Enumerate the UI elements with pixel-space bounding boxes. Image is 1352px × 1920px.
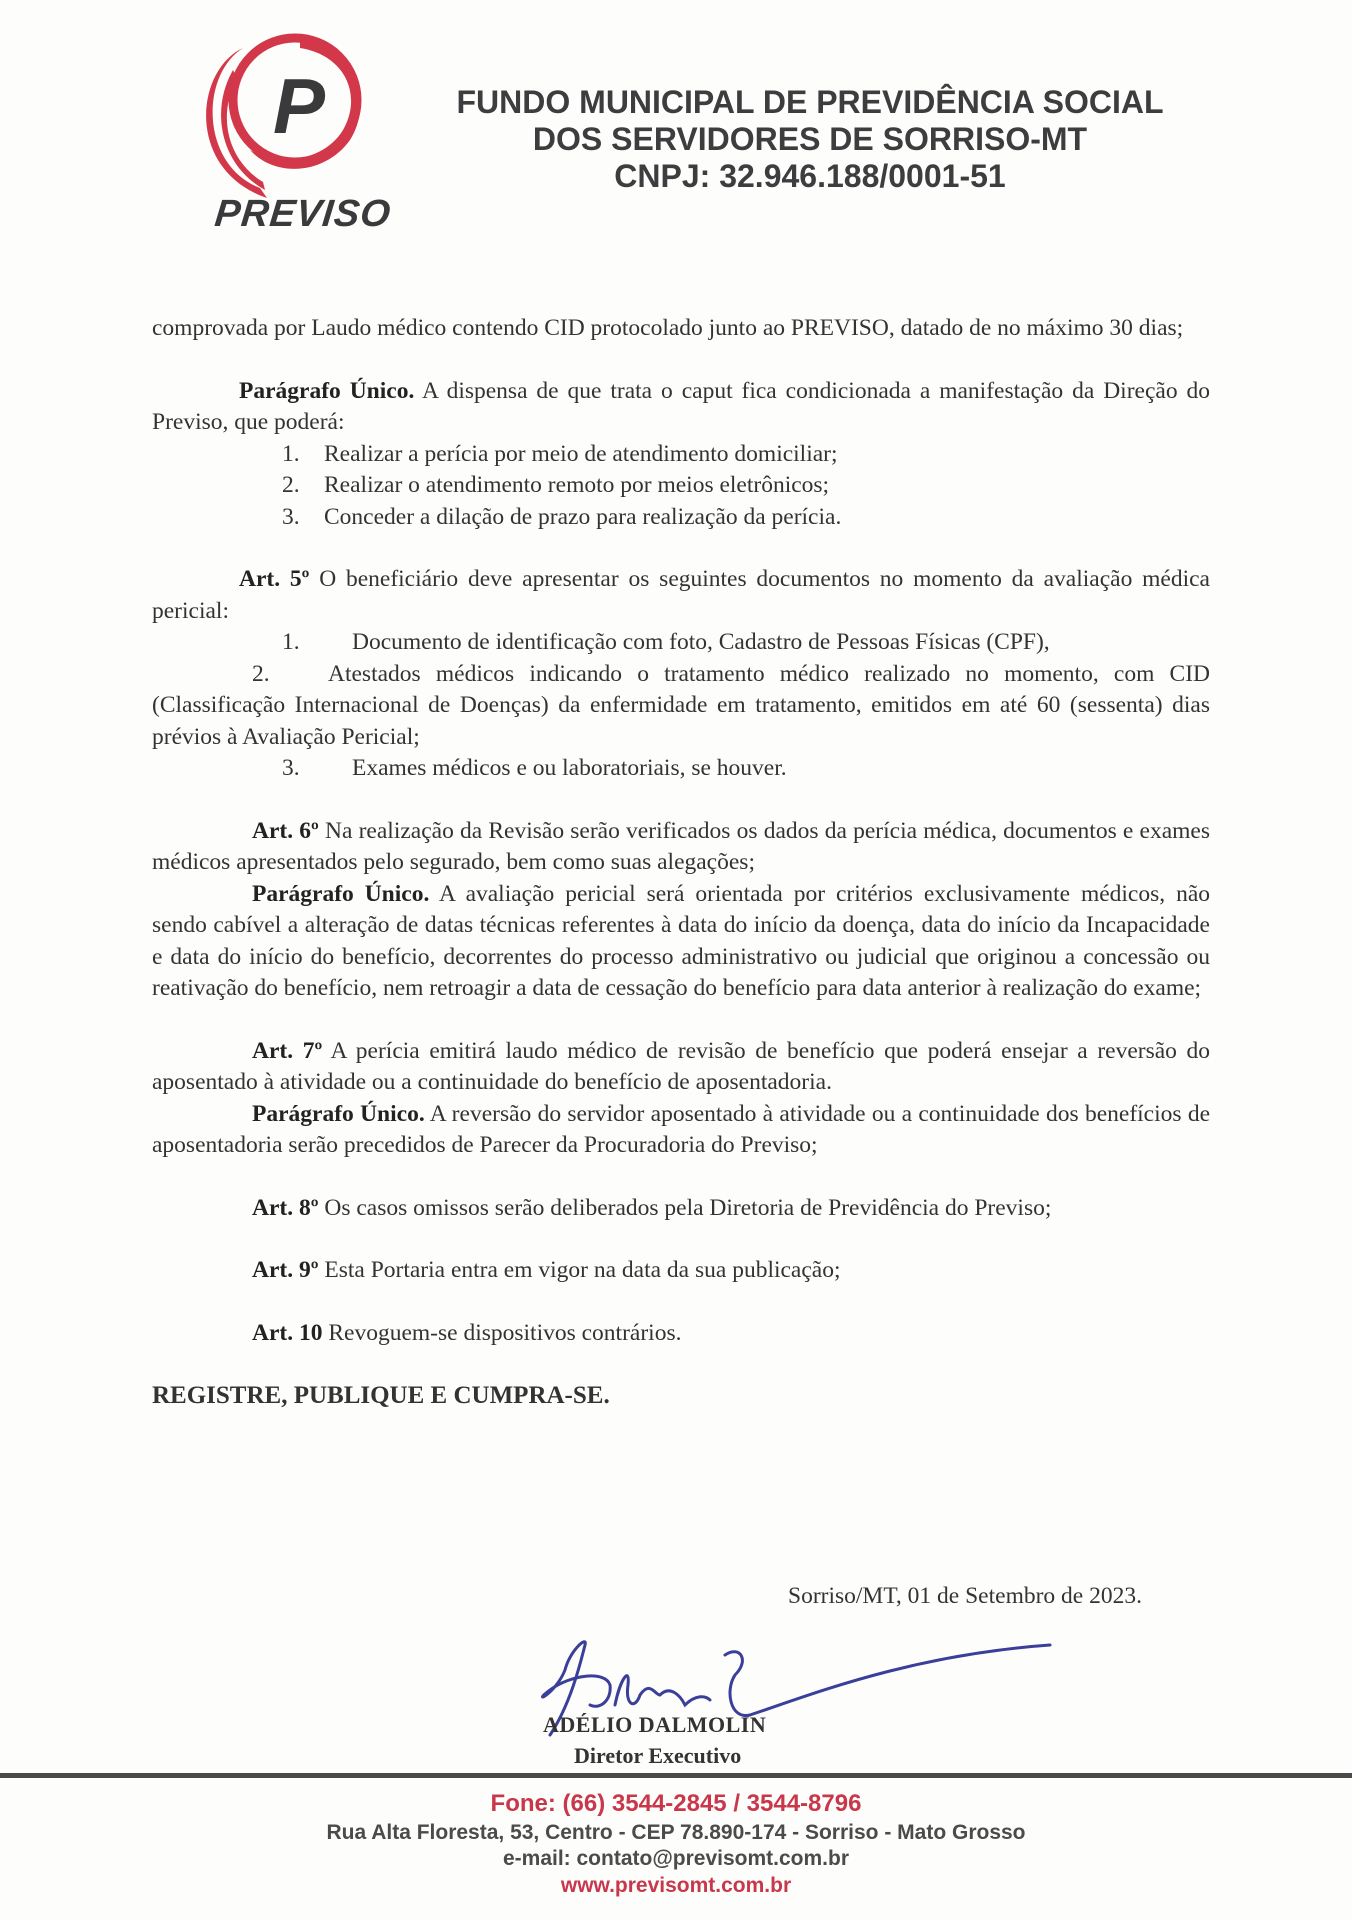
footer: Fone: (66) 3544-2845 / 3544-8796 Rua Alt… — [0, 1788, 1352, 1900]
list-item: 2.Atestados médicos indicando o tratamen… — [152, 659, 1210, 754]
article-9: Art. 9º Esta Portaria entra em vigor na … — [152, 1255, 1210, 1287]
cnpj: CNPJ: 32.946.188/0001-51 — [420, 158, 1200, 195]
signer-role: Diretor Executivo — [574, 1743, 741, 1769]
article-7: Art. 7º A perícia emitirá laudo médico d… — [152, 1036, 1210, 1099]
list-item: 1.Documento de identificação com foto, C… — [152, 627, 1210, 659]
article-8: Art. 8º Os casos omissos serão deliberad… — [152, 1193, 1210, 1225]
place-date: Sorriso/MT, 01 de Setembro de 2023. — [788, 1583, 1142, 1610]
svg-text:P: P — [273, 62, 326, 150]
article-10: Art. 10 Revoguem-se dispositivos contrár… — [152, 1318, 1210, 1350]
article-5: Art. 5º O beneficiário deve apresentar o… — [152, 564, 1210, 627]
list-item: 3.Exames médicos e ou laboratoriais, se … — [152, 753, 1210, 785]
intro-paragraph: comprovada por Laudo médico contendo CID… — [152, 313, 1210, 345]
list-item: 1.Realizar a perícia por meio de atendim… — [152, 439, 1210, 471]
list-item: 2.Realizar o atendimento remoto por meio… — [152, 470, 1210, 502]
list-item: 3.Conceder a dilação de prazo para reali… — [152, 502, 1210, 534]
letterhead-title: FUNDO MUNICIPAL DE PREVIDÊNCIA SOCIAL DO… — [420, 84, 1200, 195]
title-line-1: FUNDO MUNICIPAL DE PREVIDÊNCIA SOCIAL — [420, 84, 1200, 121]
article-6: Art. 6º Na realização da Revisão serão v… — [152, 816, 1210, 879]
paragrafo-unico-1: Parágrafo Único. A dispensa de que trata… — [152, 376, 1210, 439]
logo-wordmark: PREVISO — [213, 193, 393, 236]
footer-phone: Fone: (66) 3544-2845 / 3544-8796 — [0, 1788, 1352, 1820]
document-body: comprovada por Laudo médico contendo CID… — [152, 313, 1210, 1412]
article-6-paragrafo-unico: Parágrafo Único. A avaliação pericial se… — [152, 879, 1210, 1005]
article-7-paragrafo-unico: Parágrafo Único. A reversão do servidor … — [152, 1099, 1210, 1162]
footer-website[interactable]: www.previsomt.com.br — [0, 1872, 1352, 1900]
footer-email[interactable]: e-mail: contato@previsomt.com.br — [0, 1846, 1352, 1872]
footer-address: Rua Alta Floresta, 53, Centro - CEP 78.8… — [0, 1820, 1352, 1846]
signer-name: ADÉLIO DALMOLIN — [543, 1712, 766, 1738]
closing-statement: REGISTRE, PUBLIQUE E CUMPRA-SE. — [152, 1380, 1210, 1412]
title-line-2: DOS SERVIDORES DE SORRISO-MT — [420, 121, 1200, 158]
footer-divider — [0, 1773, 1352, 1778]
